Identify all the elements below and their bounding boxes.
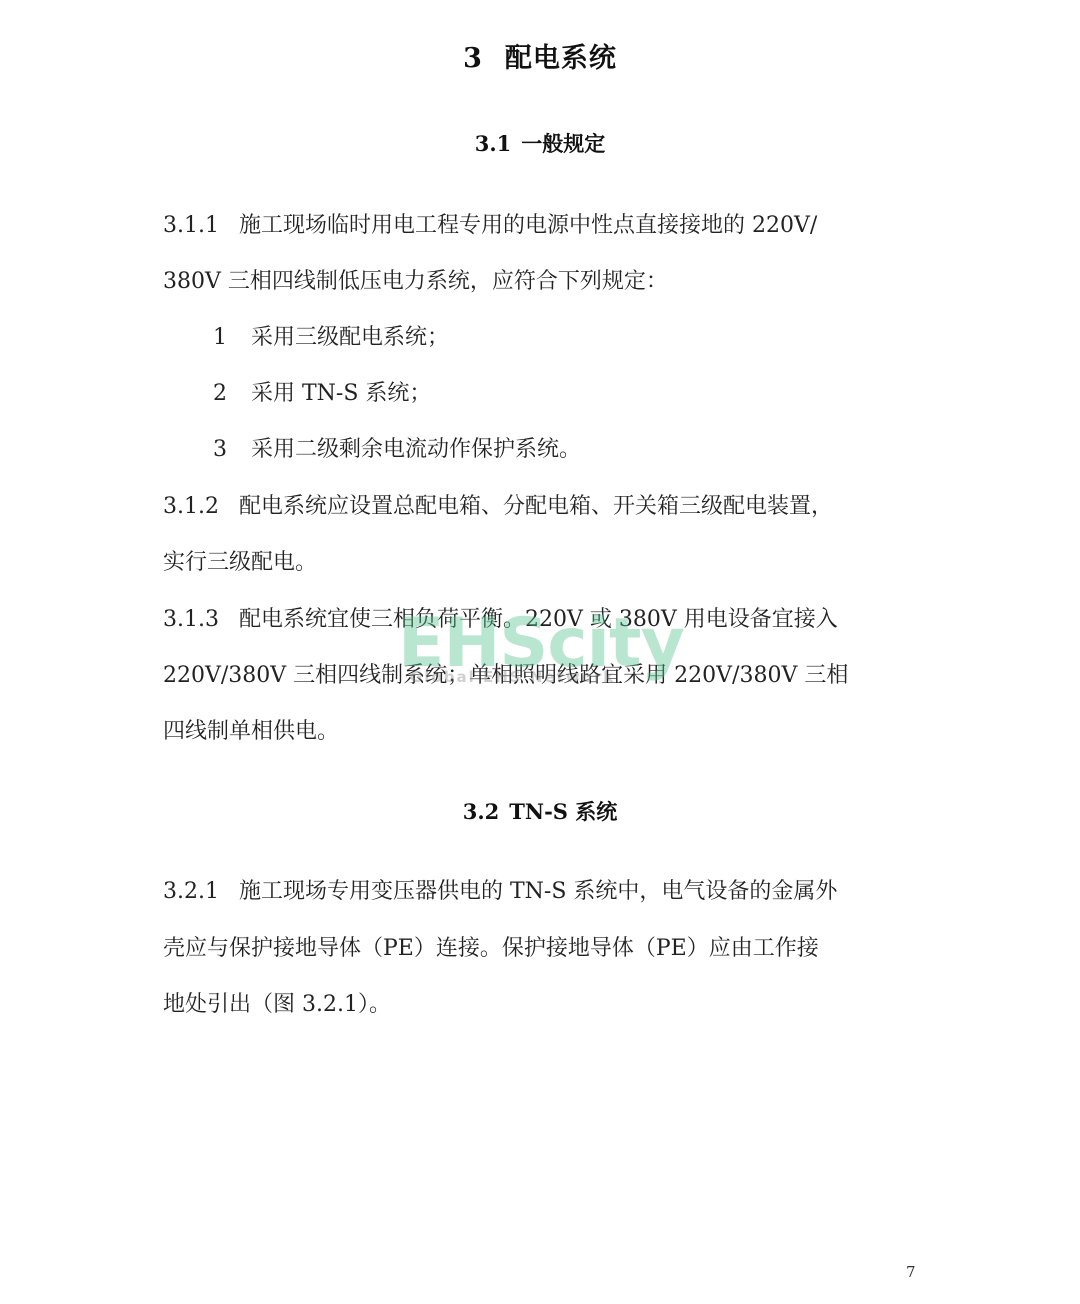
clause-3-1-3-line-2: 220V/380V 三相四线制系统；单相照明线路宜采用 220V/380V 三相 [163, 658, 848, 689]
clause-number: 3.1.1 [163, 213, 219, 238]
clause-3-1-3-line-3: 四线制单相供电。 [163, 714, 339, 745]
section-heading-3-2: 3.2TN-S 系统 [0, 796, 1080, 826]
section-number: 3.2 [463, 799, 500, 824]
clause-3-2-1-line-3: 地处引出（图 3.2.1）。 [163, 987, 391, 1018]
list-item-number: 2 [213, 381, 251, 406]
clause-3-1-1-line-2: 380V 三相四线制低压电力系统，应符合下列规定： [163, 264, 668, 295]
clause-3-1-2-line-1: 3.1.2配电系统应设置总配电箱、分配电箱、开关箱三级配电装置， [163, 489, 833, 520]
section-title: 一般规定 [521, 131, 605, 156]
list-item-text: 采用三级配电系统； [251, 325, 449, 350]
section-heading-3-1: 3.1一般规定 [0, 128, 1080, 158]
document-page: 3配电系统 3.1一般规定 3.1.1施工现场临时用电工程专用的电源中性点直接接… [0, 0, 1080, 1304]
page-number: 7 [906, 1263, 916, 1281]
clause-3-2-1-line-1: 3.2.1施工现场专用变压器供电的 TN-S 系统中，电气设备的金属外 [163, 874, 837, 905]
clause-text: 配电系统宜使三相负荷平衡。220V 或 380V 用电设备宜接入 [239, 607, 838, 632]
list-item: 3采用二级剩余电流动作保护系统。 [213, 432, 581, 463]
clause-3-1-2-line-2: 实行三级配电。 [163, 545, 317, 576]
clause-3-2-1-line-2: 壳应与保护接地导体（PE）连接。保护接地导体（PE）应由工作接 [163, 931, 819, 962]
chapter-number: 3 [463, 43, 483, 74]
clause-3-1-3-line-1: 3.1.3配电系统宜使三相负荷平衡。220V 或 380V 用电设备宜接入 [163, 602, 838, 633]
section-number: 3.1 [475, 131, 512, 156]
section-title: TN-S 系统 [509, 799, 617, 824]
list-item: 1采用三级配电系统； [213, 320, 449, 351]
clause-text: 配电系统应设置总配电箱、分配电箱、开关箱三级配电装置， [239, 494, 833, 519]
chapter-title: 配电系统 [505, 43, 617, 74]
clause-text: 施工现场专用变压器供电的 TN-S 系统中，电气设备的金属外 [239, 879, 837, 904]
clause-3-1-1-line-1: 3.1.1施工现场临时用电工程专用的电源中性点直接接地的 220V/ [163, 208, 817, 239]
list-item: 2采用 TN-S 系统； [213, 376, 431, 407]
list-item-number: 3 [213, 437, 251, 462]
clause-number: 3.2.1 [163, 879, 219, 904]
list-item-text: 采用二级剩余电流动作保护系统。 [251, 437, 581, 462]
clause-number: 3.1.3 [163, 607, 219, 632]
clause-text: 施工现场临时用电工程专用的电源中性点直接接地的 220V/ [239, 213, 817, 238]
list-item-text: 采用 TN-S 系统； [251, 381, 431, 406]
chapter-heading: 3配电系统 [0, 36, 1080, 75]
clause-number: 3.1.2 [163, 494, 219, 519]
list-item-number: 1 [213, 325, 251, 350]
